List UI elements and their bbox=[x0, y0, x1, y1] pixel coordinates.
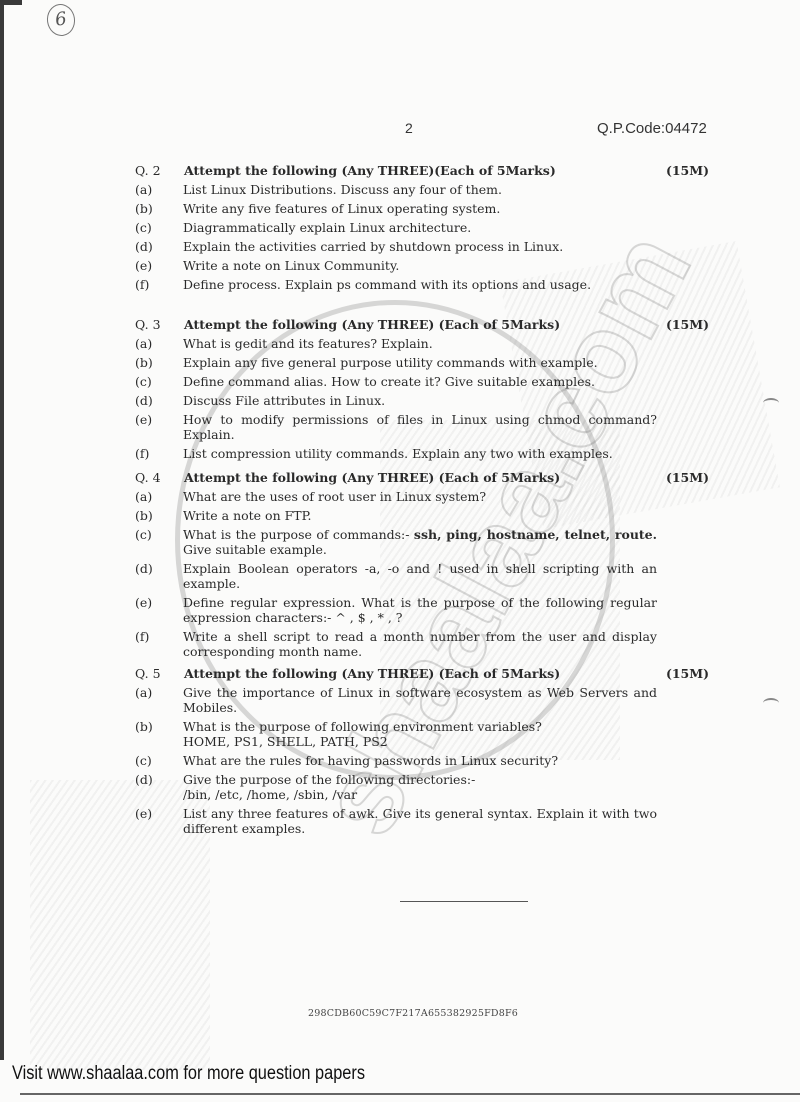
sub-question-text: What are the rules for having passwords … bbox=[183, 753, 657, 768]
sub-question: (f)List compression utility commands. Ex… bbox=[135, 446, 715, 461]
sub-question: (f)Write a shell script to read a month … bbox=[135, 629, 715, 659]
sub-question-text: Diagrammatically explain Linux architect… bbox=[183, 220, 657, 235]
sub-question: (b)What is the purpose of following envi… bbox=[135, 719, 715, 749]
sub-question-text: What is the purpose of following environ… bbox=[183, 719, 657, 749]
sub-question-label: (f) bbox=[135, 446, 149, 461]
sub-question-label: (a) bbox=[135, 182, 152, 197]
scan-edge bbox=[0, 0, 4, 1060]
sub-question: (e)List any three features of awk. Give … bbox=[135, 806, 715, 836]
sub-question: (d)Explain the activities carried by shu… bbox=[135, 239, 715, 254]
question-4: Q. 4 Attempt the following (Any THREE) (… bbox=[135, 470, 715, 663]
sub-question-label: (f) bbox=[135, 629, 149, 644]
question-header: Q. 2 Attempt the following (Any THREE)(E… bbox=[135, 163, 715, 182]
sub-question-label: (d) bbox=[135, 393, 153, 408]
question-marks: (15M) bbox=[666, 666, 709, 681]
sub-question-text: What are the uses of root user in Linux … bbox=[183, 489, 657, 504]
sub-question: (d)Give the purpose of the following dir… bbox=[135, 772, 715, 802]
sub-question: (e)Define regular expression. What is th… bbox=[135, 595, 715, 625]
sub-question-label: (d) bbox=[135, 239, 153, 254]
sub-question-text: Explain the activities carried by shutdo… bbox=[183, 239, 657, 254]
question-3: Q. 3 Attempt the following (Any THREE) (… bbox=[135, 317, 715, 465]
text-line-1: What is the purpose of following environ… bbox=[183, 719, 542, 734]
sub-question-label: (c) bbox=[135, 527, 152, 542]
question-number: Q. 5 bbox=[135, 666, 161, 681]
end-of-paper-line bbox=[400, 901, 528, 902]
footer-text: Visit www.shaalaa.com for more question … bbox=[12, 1063, 365, 1085]
sub-question: (b)Explain any five general purpose util… bbox=[135, 355, 715, 370]
sub-question-label: (e) bbox=[135, 595, 152, 610]
sub-question: (d)Explain Boolean operators -a, -o and … bbox=[135, 561, 715, 591]
question-title: Attempt the following (Any THREE)(Each o… bbox=[184, 163, 556, 178]
sub-question-text: Discuss File attributes in Linux. bbox=[183, 393, 657, 408]
question-title: Attempt the following (Any THREE) (Each … bbox=[184, 470, 560, 485]
sub-question-text: How to modify permissions of files in Li… bbox=[183, 412, 657, 442]
question-header: Q. 5 Attempt the following (Any THREE) (… bbox=[135, 666, 715, 685]
sub-question-label: (b) bbox=[135, 355, 153, 370]
sub-question-text: What is the purpose of commands:- ssh, p… bbox=[183, 527, 657, 557]
question-marks: (15M) bbox=[666, 470, 709, 485]
text-suffix: Give suitable example. bbox=[183, 542, 327, 557]
question-number: Q. 4 bbox=[135, 470, 161, 485]
question-title: Attempt the following (Any THREE) (Each … bbox=[184, 666, 560, 681]
sub-question-text: Write a note on FTP. bbox=[183, 508, 657, 523]
sub-question: (c)What are the rules for having passwor… bbox=[135, 753, 715, 768]
question-5: Q. 5 Attempt the following (Any THREE) (… bbox=[135, 666, 715, 840]
sub-question-label: (d) bbox=[135, 561, 153, 576]
sub-question-label: (c) bbox=[135, 374, 152, 389]
sub-question-label: (a) bbox=[135, 489, 152, 504]
sub-question-label: (b) bbox=[135, 508, 153, 523]
sub-question: (f)Define process. Explain ps command wi… bbox=[135, 277, 715, 292]
sub-question-text: List Linux Distributions. Discuss any fo… bbox=[183, 182, 657, 197]
question-header: Q. 4 Attempt the following (Any THREE) (… bbox=[135, 470, 715, 489]
question-number: Q. 2 bbox=[135, 163, 161, 178]
sub-question: (a)What are the uses of root user in Lin… bbox=[135, 489, 715, 504]
sub-question-text: Write any five features of Linux operati… bbox=[183, 201, 657, 216]
sub-question-label: (c) bbox=[135, 220, 152, 235]
sub-question: (b)Write a note on FTP. bbox=[135, 508, 715, 523]
question-marks: (15M) bbox=[666, 163, 709, 178]
qp-code: Q.P.Code:04472 bbox=[597, 120, 707, 137]
hash-code: 298CDB60C59C7F217A655382925FD8F6 bbox=[308, 1008, 518, 1019]
sub-question: (a)Give the importance of Linux in softw… bbox=[135, 685, 715, 715]
sub-question-text: Write a shell script to read a month num… bbox=[183, 629, 657, 659]
command-list: ssh, ping, hostname, telnet, route. bbox=[414, 527, 657, 542]
sub-question-text: Explain Boolean operators -a, -o and ! u… bbox=[183, 561, 657, 591]
sub-question-text: Give the purpose of the following direct… bbox=[183, 772, 657, 802]
sub-question: (e)How to modify permissions of files in… bbox=[135, 412, 715, 442]
sub-question-text: Give the importance of Linux in software… bbox=[183, 685, 657, 715]
sub-question-label: (d) bbox=[135, 772, 153, 787]
sub-question: (c)What is the purpose of commands:- ssh… bbox=[135, 527, 715, 557]
directory-list: /bin, /etc, /home, /sbin, /var bbox=[183, 787, 357, 802]
scan-edge-tab bbox=[0, 0, 22, 5]
sub-question: (b)Write any five features of Linux oper… bbox=[135, 201, 715, 216]
sub-question-label: (b) bbox=[135, 201, 153, 216]
sub-question-label: (f) bbox=[135, 277, 149, 292]
sub-question-label: (e) bbox=[135, 412, 152, 427]
sub-question-text: Define command alias. How to create it? … bbox=[183, 374, 657, 389]
sub-question-label: (e) bbox=[135, 806, 152, 821]
margin-mark bbox=[763, 398, 779, 408]
sub-question-text: List compression utility commands. Expla… bbox=[183, 446, 657, 461]
question-marks: (15M) bbox=[666, 317, 709, 332]
sub-question-label: (b) bbox=[135, 719, 153, 734]
sub-question-text: List any three features of awk. Give its… bbox=[183, 806, 657, 836]
env-variable-list: HOME, PS1, SHELL, PATH, PS2 bbox=[183, 734, 388, 749]
sub-question: (c)Define command alias. How to create i… bbox=[135, 374, 715, 389]
question-header: Q. 3 Attempt the following (Any THREE) (… bbox=[135, 317, 715, 336]
sub-question-label: (a) bbox=[135, 685, 152, 700]
sub-question: (a)What is gedit and its features? Expla… bbox=[135, 336, 715, 351]
sub-question: (d)Discuss File attributes in Linux. bbox=[135, 393, 715, 408]
sub-question-label: (e) bbox=[135, 258, 152, 273]
question-2: Q. 2 Attempt the following (Any THREE)(E… bbox=[135, 163, 715, 296]
sub-question-text: What is gedit and its features? Explain. bbox=[183, 336, 657, 351]
sub-question-text: Define process. Explain ps command with … bbox=[183, 277, 657, 292]
sub-question-label: (a) bbox=[135, 336, 152, 351]
sub-question-label: (c) bbox=[135, 753, 152, 768]
sub-question-text: Define regular expression. What is the p… bbox=[183, 595, 657, 625]
margin-mark bbox=[763, 698, 779, 708]
footer-rule bbox=[20, 1093, 800, 1095]
text-line-1: Give the purpose of the following direct… bbox=[183, 772, 475, 787]
handwritten-page-mark: 6 bbox=[45, 2, 77, 38]
question-title: Attempt the following (Any THREE) (Each … bbox=[184, 317, 560, 332]
sub-question: (c)Diagrammatically explain Linux archit… bbox=[135, 220, 715, 235]
sub-question-text: Write a note on Linux Community. bbox=[183, 258, 657, 273]
page-number: 2 bbox=[405, 120, 413, 136]
sub-question: (a)List Linux Distributions. Discuss any… bbox=[135, 182, 715, 197]
text-prefix: What is the purpose of commands:- bbox=[183, 527, 414, 542]
sub-question: (e)Write a note on Linux Community. bbox=[135, 258, 715, 273]
question-number: Q. 3 bbox=[135, 317, 161, 332]
sub-question-text: Explain any five general purpose utility… bbox=[183, 355, 657, 370]
